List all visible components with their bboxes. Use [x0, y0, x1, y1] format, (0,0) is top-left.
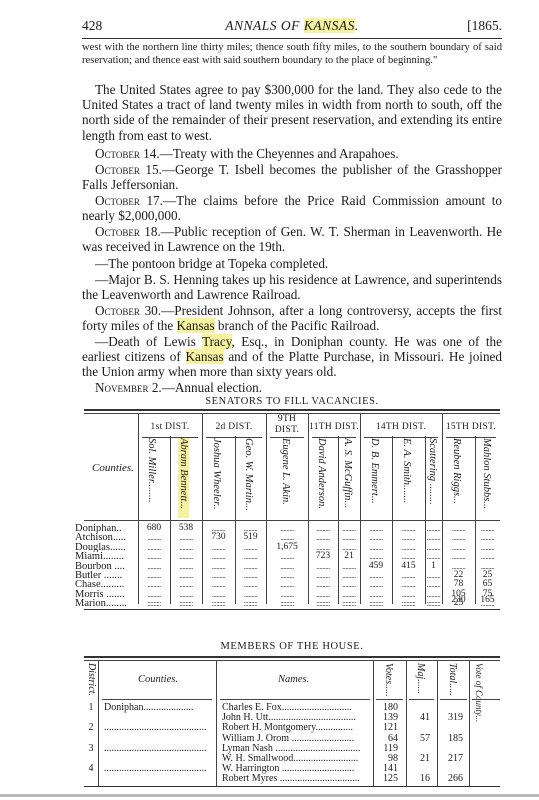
header-rule — [82, 38, 502, 39]
vote-cell: ......... — [392, 596, 425, 606]
member-name: W. Harrington ..........................… — [222, 764, 372, 775]
vote-cell: 730 — [202, 533, 235, 542]
votes-value: 98 — [376, 754, 398, 765]
book-title: ANNALS OF KANSAS. — [82, 18, 502, 34]
paragraph-land-cession: The United States agree to pay $300,000 … — [82, 82, 502, 143]
entry-text: —Annual election. — [162, 380, 262, 395]
vote-cell: 1,675 — [266, 543, 308, 552]
entry-date: October 14. — [95, 146, 160, 161]
house-bottom-rule — [84, 786, 500, 787]
county-name: Miami........ — [75, 552, 137, 561]
entry-date: October 18. — [95, 224, 161, 239]
entry-oct-15: October 15.—George T. Isbell becomes the… — [82, 162, 502, 192]
col-divider — [373, 661, 374, 786]
county-name: Douglas...... — [75, 543, 137, 552]
total-value: 319 — [440, 713, 463, 724]
district-header-11: 11TH DIST. — [308, 422, 360, 433]
vote-cell: 519 — [235, 533, 266, 542]
candidate-joshua-wheeler: Joshua Wheeler.. — [211, 438, 222, 518]
county-name: ........................................… — [104, 764, 214, 775]
title-prefix: ANNALS OF — [225, 18, 304, 33]
col-divider — [216, 661, 217, 786]
candidate-eugene-akin: Eugene L. Akin. — [280, 438, 291, 518]
candidate-scattering: Scattering ........ — [427, 438, 438, 518]
col-divider — [98, 661, 99, 786]
entry-oct-18: October 18.—Public reception of Gen. W. … — [82, 224, 502, 254]
district-header-15: 15TH DIST. — [442, 422, 500, 433]
majority-value: 57 — [408, 734, 430, 745]
col-divider — [437, 661, 438, 786]
entry-text: branch of the Pacific Railroad. — [215, 318, 380, 333]
highlighted-word: Kansas — [177, 318, 215, 333]
names-header: Names. — [278, 674, 309, 685]
highlighted-word: Tracy — [202, 334, 231, 349]
majority-value: 16 — [408, 774, 430, 785]
title-highlight: KANSAS — [304, 18, 355, 33]
vote-cell: ......... — [235, 596, 266, 606]
votes-value: 180 — [376, 703, 398, 714]
votes-value: 121 — [376, 723, 398, 734]
quote-continuation: west with the northern line thirty miles… — [82, 42, 502, 68]
county-name: Chase......... — [75, 580, 137, 589]
entry-text: —Treaty with the Cheyennes and Arapahoes… — [160, 146, 399, 161]
votes-value: 141 — [376, 764, 398, 775]
total-header: Total..... — [447, 663, 458, 696]
votes-header: Votes..... — [383, 663, 394, 697]
votes-value: 139 — [376, 713, 398, 724]
entry-text: —The pontoon bridge at Topeka completed. — [95, 256, 328, 271]
highlighted-word: Kansas — [186, 349, 224, 364]
vote-cell: 230 — [442, 596, 475, 605]
county-name: ........................................… — [104, 723, 214, 734]
county-name: Marion........ — [75, 599, 137, 608]
member-name: Robert H. Montgomery............... — [222, 723, 372, 734]
district-header-9: 9TH DIST. — [268, 414, 306, 436]
header-underline — [220, 699, 370, 700]
running-header: 428 ANNALS OF KANSAS. [1865. — [82, 18, 502, 36]
candidate-sol-miller: Sol. Miller........ — [146, 438, 157, 518]
title-suffix: . — [355, 18, 359, 33]
header-underline — [440, 699, 467, 700]
district-header-14: 14TH DIST. — [360, 422, 442, 433]
vote-cell: ......... — [202, 596, 235, 606]
year-label: [1865. — [467, 18, 502, 34]
total-value: 217 — [440, 754, 463, 765]
candidate-david-anderson: David Anderson. — [316, 438, 327, 518]
vote-cell: ......... — [170, 596, 202, 606]
vote-cell: 680 — [138, 524, 170, 533]
candidate-reuben-riggs: Reuben Riggs... — [451, 438, 462, 518]
header-underline — [472, 699, 500, 700]
county-name: Doniphan.. — [75, 524, 137, 533]
house-caption: MEMBERS OF THE HOUSE. — [82, 641, 502, 652]
vote-cell: 459 — [360, 562, 392, 571]
vote-cell: 165 — [475, 596, 500, 605]
county-name: Morris ....... — [75, 590, 137, 599]
district-header-2: 2d DIST. — [202, 422, 266, 433]
entry-text: —Death of Lewis — [95, 334, 202, 349]
candidate-ea-smith: E. A. Smith....... — [401, 438, 412, 518]
member-name: Lyman Nash .............................… — [222, 744, 372, 755]
county-name: Bourbon .... — [75, 562, 137, 571]
document-page: 428 ANNALS OF KANSAS. [1865. west with t… — [0, 0, 539, 800]
entry-tracy-death: —Death of Lewis Tracy, Esq., in Doniphan… — [82, 334, 502, 380]
vote-cell: ......... — [266, 596, 308, 606]
entry-oct-14: October 14.—Treaty with the Cheyennes an… — [82, 146, 502, 161]
district-number: 1 — [86, 703, 96, 714]
county-name: ........................................… — [104, 744, 214, 755]
total-value: 266 — [440, 774, 463, 785]
member-name: Robert Myres ...........................… — [222, 774, 372, 785]
candidate-db-emmert: D. B. Emmert... — [369, 438, 380, 518]
votes-value: 64 — [376, 734, 398, 745]
vote-cell: 21 — [338, 552, 360, 561]
votes-value: 125 — [376, 774, 398, 785]
vote-cell: ......... — [308, 596, 338, 606]
vote-cell: ......... — [425, 596, 442, 606]
header-underline — [102, 699, 212, 700]
majority-value: 41 — [408, 713, 430, 724]
header-underline — [376, 699, 403, 700]
entry-date: November 2. — [95, 380, 162, 395]
candidate-geo-martin: Geo. W. Martin... — [243, 438, 254, 518]
vote-of-county-header: Vote of County... — [474, 663, 484, 695]
county-name: Doniphan.................... — [104, 703, 214, 714]
entry-text: —Major B. S. Henning takes up his reside… — [82, 272, 502, 302]
senators-caption: SENATORS TO FILL VACANCIES. — [82, 396, 502, 407]
entry-pontoon-bridge: —The pontoon bridge at Topeka completed. — [82, 256, 502, 271]
page-edge — [0, 794, 539, 797]
table-bottom-rule — [84, 609, 500, 610]
counties-header: Counties. — [92, 462, 134, 474]
district-header-1: 1st DIST. — [138, 422, 202, 433]
district-number: 2 — [86, 723, 96, 734]
vote-cell: 415 — [392, 562, 425, 571]
candidate-mahlon-stubbs: Mahlon Stubbs... — [481, 438, 492, 518]
col-divider — [406, 661, 407, 786]
vote-cell: ......... — [338, 596, 360, 606]
majority-header: Maj...... — [415, 663, 426, 694]
district-number: 4 — [86, 764, 96, 775]
district-header: District. — [86, 663, 97, 696]
counties-header: Counties. — [138, 674, 178, 685]
entry-date: October 15. — [95, 162, 162, 177]
county-name: Atchison..... — [75, 533, 137, 542]
member-name: W. H. Smallwood.........................… — [222, 754, 372, 765]
house-top-rule — [84, 656, 500, 658]
vote-cell: 723 — [308, 552, 338, 561]
vote-cell: ......... — [138, 596, 170, 606]
member-name: John H. Utt.............................… — [222, 713, 372, 724]
entry-oct-30: October 30.—President Johnson, after a l… — [82, 303, 502, 333]
entry-oct-17: October 17.—The claims before the Price … — [82, 193, 502, 223]
majority-value: 21 — [408, 754, 430, 765]
district-number: 3 — [86, 744, 96, 755]
entry-henning: —Major B. S. Henning takes up his reside… — [82, 272, 502, 302]
total-value: 185 — [440, 734, 463, 745]
county-name: Butler ....... — [75, 571, 137, 580]
vote-cell: ......... — [360, 596, 392, 606]
entry-date: October 17. — [95, 193, 163, 208]
entry-date: October 30. — [95, 303, 161, 318]
candidate-abram-bennett: Abram Bennett... — [178, 438, 189, 518]
member-name: Charles E. Fox..........................… — [222, 703, 372, 714]
vote-cell: 538 — [170, 524, 202, 533]
candidate-as-mcguffin: A. S. McGuffin... — [342, 438, 353, 518]
member-name: William J. Orom ........................… — [222, 734, 372, 745]
table-top-rule — [84, 409, 500, 411]
vote-cell: 1 — [425, 562, 442, 571]
header-underline — [409, 699, 434, 700]
col-divider — [469, 661, 470, 786]
votes-value: 119 — [376, 744, 398, 755]
header-bottom-rule — [84, 520, 500, 521]
entry-nov-2: November 2.—Annual election. — [82, 380, 502, 395]
